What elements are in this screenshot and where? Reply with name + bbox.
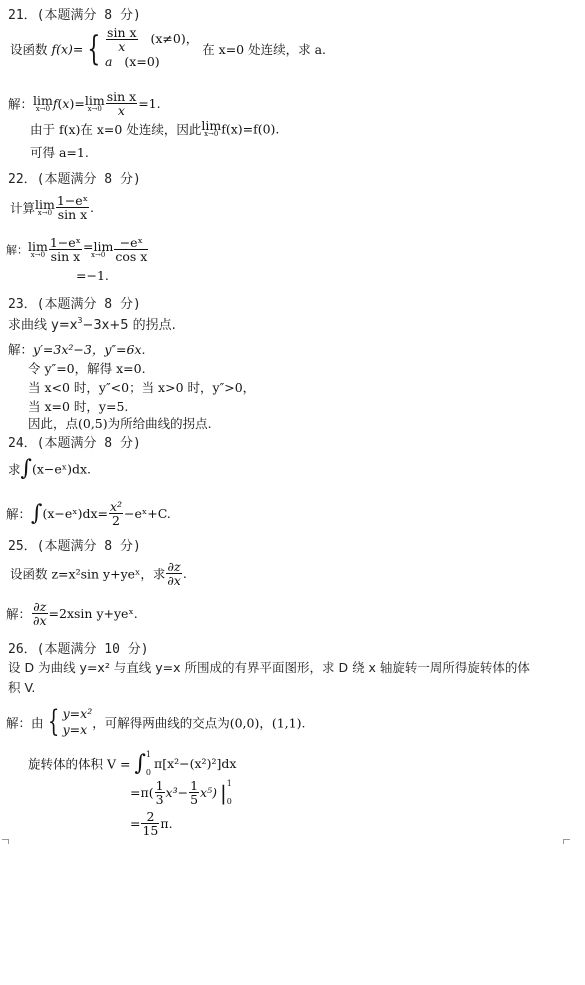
- result: −eˣ+C.: [124, 506, 171, 521]
- left-brace: {: [47, 707, 58, 737]
- solution-label: 解：: [6, 607, 31, 622]
- fraction-denominator: 15: [141, 824, 159, 837]
- case1-denominator: x: [106, 40, 138, 53]
- fraction-numerator: 1−eˣ: [49, 236, 82, 250]
- problem-21-solution-line1: 解：limx→0f(x)=limx→0sin xx=1.: [8, 90, 161, 117]
- problem-21-solution-line3: 可得 a=1.: [30, 143, 89, 161]
- fraction-denominator: 3: [155, 793, 165, 806]
- page-corner-mark-left: [2, 839, 9, 844]
- period: .: [90, 200, 94, 215]
- problem-22-solution-line1: 解：limx→01−eˣsin x=limx→0−eˣcos x: [6, 236, 149, 263]
- case2-value: a: [105, 54, 112, 69]
- solution-label: 解：由: [6, 715, 44, 730]
- page-corner-mark-right: [563, 839, 570, 844]
- fraction-denominator: sin x: [56, 208, 89, 221]
- problem-26-solution-line1: 解：由{y=x²y=x，可解得两曲线的交点为(0,0)，(1,1).: [6, 706, 305, 739]
- upper-limit: 1: [146, 746, 151, 764]
- problem-25-header: 25．(本题满分 8 分): [8, 535, 141, 554]
- problem-25-solution: 解：∂z∂x=2xsin y+yeˣ.: [6, 600, 138, 627]
- volume-label: 旋转体的体积 V =: [28, 757, 130, 772]
- problem-24-question: 求∫(x−eˣ)dx.: [8, 458, 91, 480]
- question-text: −3x+5 的拐点.: [83, 318, 176, 333]
- lim-subscript: x→0: [28, 252, 48, 258]
- problem-23-solution-line3: 当 x<0 时，y″<0；当 x>0 时，y″>0，: [28, 378, 255, 396]
- problem-23-solution-line4: 当 x=0 时，y=5.: [28, 397, 128, 415]
- question-prefix: 设函数: [10, 42, 48, 57]
- integrand: (x−eˣ)dx=: [42, 506, 108, 521]
- line-text: x⁵): [200, 785, 217, 800]
- piecewise-cases: sin xx (x≠0)， a (x=0): [105, 26, 198, 72]
- problem-24-header: 24．(本题满分 8 分): [8, 432, 141, 451]
- question-prefix: 求: [8, 462, 21, 477]
- case2-condition: (x=0): [124, 54, 159, 69]
- line-text: 由于 f(x)在 x=0 处连续，因此: [30, 122, 201, 137]
- fraction-denominator: 2: [109, 514, 123, 527]
- problem-26-solution-line4: =215π.: [130, 810, 173, 837]
- evaluation-limits: 10: [227, 775, 232, 810]
- lim-subscript: x→0: [85, 106, 105, 112]
- line-text: x³−: [166, 785, 189, 800]
- fraction-denominator: ∂x: [32, 614, 48, 627]
- question-prefix: 计算: [10, 201, 35, 216]
- fraction-numerator: 1: [189, 779, 199, 793]
- problem-26-question-line2: 积 V.: [8, 678, 35, 696]
- case1-condition: (x≠0)，: [150, 31, 198, 46]
- equation-2: y=x: [63, 722, 93, 738]
- fraction-denominator: sin x: [49, 250, 82, 263]
- problem-23-header: 23．(本题满分 8 分): [8, 293, 141, 312]
- equation-system: y=x²y=x: [63, 706, 93, 739]
- problem-23-solution-line1: 解：y′=3x²−3，y″=6x.: [8, 340, 146, 358]
- problem-25-question: 设函数 z=x²sin y+yeˣ，求∂z∂x.: [10, 560, 187, 587]
- lim-subscript: x→0: [201, 131, 221, 137]
- integral-sign: ∫: [134, 753, 145, 775]
- result: π.: [160, 816, 172, 831]
- fraction-denominator: x: [106, 104, 138, 117]
- equation-1: y=x²: [63, 706, 93, 722]
- solution-label: 解：: [8, 342, 33, 357]
- line-text: ，可解得两曲线的交点为(0,0)，(1,1).: [92, 715, 305, 730]
- result: =1.: [138, 96, 160, 111]
- fraction-denominator: ∂x: [166, 574, 182, 587]
- problem-26-header: 26．(本题满分 10 分): [8, 638, 149, 657]
- problem-22-header: 22．(本题满分 8 分): [8, 168, 141, 187]
- fraction-numerator: 1−eˣ: [56, 194, 89, 208]
- problem-26-solution-line3: =π(13x³−15x⁵)|10: [130, 775, 235, 810]
- integral-sign: ∫: [21, 458, 32, 480]
- period: .: [183, 566, 187, 581]
- case1-numerator: sin x: [106, 26, 138, 40]
- problem-21-question: 设函数 f(x)={ sin xx (x≠0)， a (x=0) 在 x=0 处…: [10, 26, 326, 72]
- solution-label: 解：: [6, 507, 31, 522]
- result: =2xsin y+yeˣ.: [49, 606, 138, 621]
- solution-label: 解：: [8, 97, 33, 112]
- problem-22-question: 计算limx→01−eˣsin x.: [10, 194, 94, 221]
- line-text: =: [130, 816, 140, 831]
- problem-23-question: 求曲线 y=x3−3x+5 的拐点.: [8, 314, 176, 333]
- problem-23-solution-line5: 因此，点(0,5)为所给曲线的拐点.: [28, 414, 212, 432]
- fraction-numerator: 2: [141, 810, 159, 824]
- fraction-denominator: 5: [189, 793, 199, 806]
- fraction-numerator: sin x: [106, 90, 138, 104]
- fraction-denominator: cos x: [114, 250, 148, 263]
- problem-22-solution-line2: =−1.: [76, 268, 109, 283]
- integrand: (x−eˣ)dx.: [32, 462, 91, 477]
- left-brace: {: [88, 32, 101, 66]
- fraction-numerator: 1: [155, 779, 165, 793]
- fraction-numerator: ∂z: [32, 600, 48, 614]
- line-text: =π(: [130, 785, 154, 800]
- question-suffix: 在 x=0 处连续，求 a.: [202, 42, 326, 57]
- question-text: 设函数 z=x²sin y+yeˣ，求: [10, 567, 165, 582]
- function-name: f(x)=: [52, 42, 84, 57]
- integral-sign: ∫: [31, 503, 42, 525]
- line-text: f(x)=f(0).: [221, 122, 279, 137]
- evaluation-bar: |: [220, 781, 227, 805]
- question-text: 求曲线 y=x: [8, 318, 77, 333]
- problem-21-header: 21．(本题满分 8 分): [8, 4, 141, 23]
- fraction-numerator: x²: [109, 500, 123, 514]
- problem-21-solution-line2: 由于 f(x)在 x=0 处连续，因此limx→0f(x)=f(0).: [30, 120, 279, 138]
- fraction-numerator: ∂z: [166, 560, 182, 574]
- problem-24-solution: 解：∫(x−eˣ)dx=x²2−eˣ+C.: [6, 500, 171, 527]
- line-text: y′=3x²−3，y″=6x.: [33, 342, 146, 357]
- integrand: π[x²−(x²)²]dx: [154, 756, 236, 771]
- lower-limit: 0: [227, 793, 232, 811]
- problem-23-solution-line2: 令 y″=0，解得 x=0.: [28, 359, 146, 377]
- lim-subscript: x→0: [33, 106, 53, 112]
- solution-label: 解：: [6, 244, 28, 257]
- fraction-numerator: −eˣ: [114, 236, 148, 250]
- upper-limit: 1: [227, 775, 232, 793]
- problem-26-question-line1: 设 D 为曲线 y=x² 与直线 y=x 所围成的有界平面图形，求 D 绕 x …: [8, 658, 530, 676]
- lim-subscript: x→0: [35, 210, 55, 216]
